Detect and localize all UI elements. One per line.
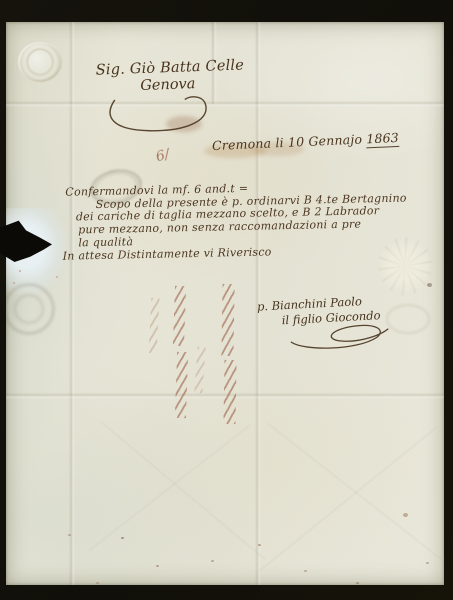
fold-crease (89, 424, 252, 552)
postmark-icon (6, 278, 60, 340)
ink-bleed-mark (173, 286, 186, 346)
ink-bleed-mark (223, 360, 236, 424)
fold-crease (6, 101, 444, 107)
flourish-underline (101, 92, 222, 136)
ink-bleed-mark (175, 352, 188, 418)
foxing-specks (121, 537, 124, 539)
ink-bleed-mark (221, 284, 234, 356)
embossed-stamp-icon (18, 42, 62, 82)
photograph-background: 6/ Sig. Giò Batta Celle Genova Cremona l… (0, 0, 453, 600)
dateline-year: 1863 (366, 130, 399, 148)
fold-crease (100, 420, 266, 560)
address-block: Sig. Giò Batta Celle Genova (95, 57, 244, 95)
letter-body: Confermandovi la mf. 6 and.t = Scopo del… (59, 179, 421, 263)
signature-block: p. Bianchini Paolo il figlio Giocondo (257, 292, 396, 355)
recipient-city: Genova (140, 74, 245, 94)
dateline: Cremona li 10 Gennajo 1863 (212, 130, 399, 153)
fold-crease (259, 426, 439, 572)
letter-paper: 6/ Sig. Giò Batta Celle Genova Cremona l… (6, 22, 444, 585)
ink-bleed-annotation: 6/ (154, 147, 171, 166)
ink-bleed-mark (149, 298, 160, 353)
ink-bleed-mark (194, 347, 205, 393)
